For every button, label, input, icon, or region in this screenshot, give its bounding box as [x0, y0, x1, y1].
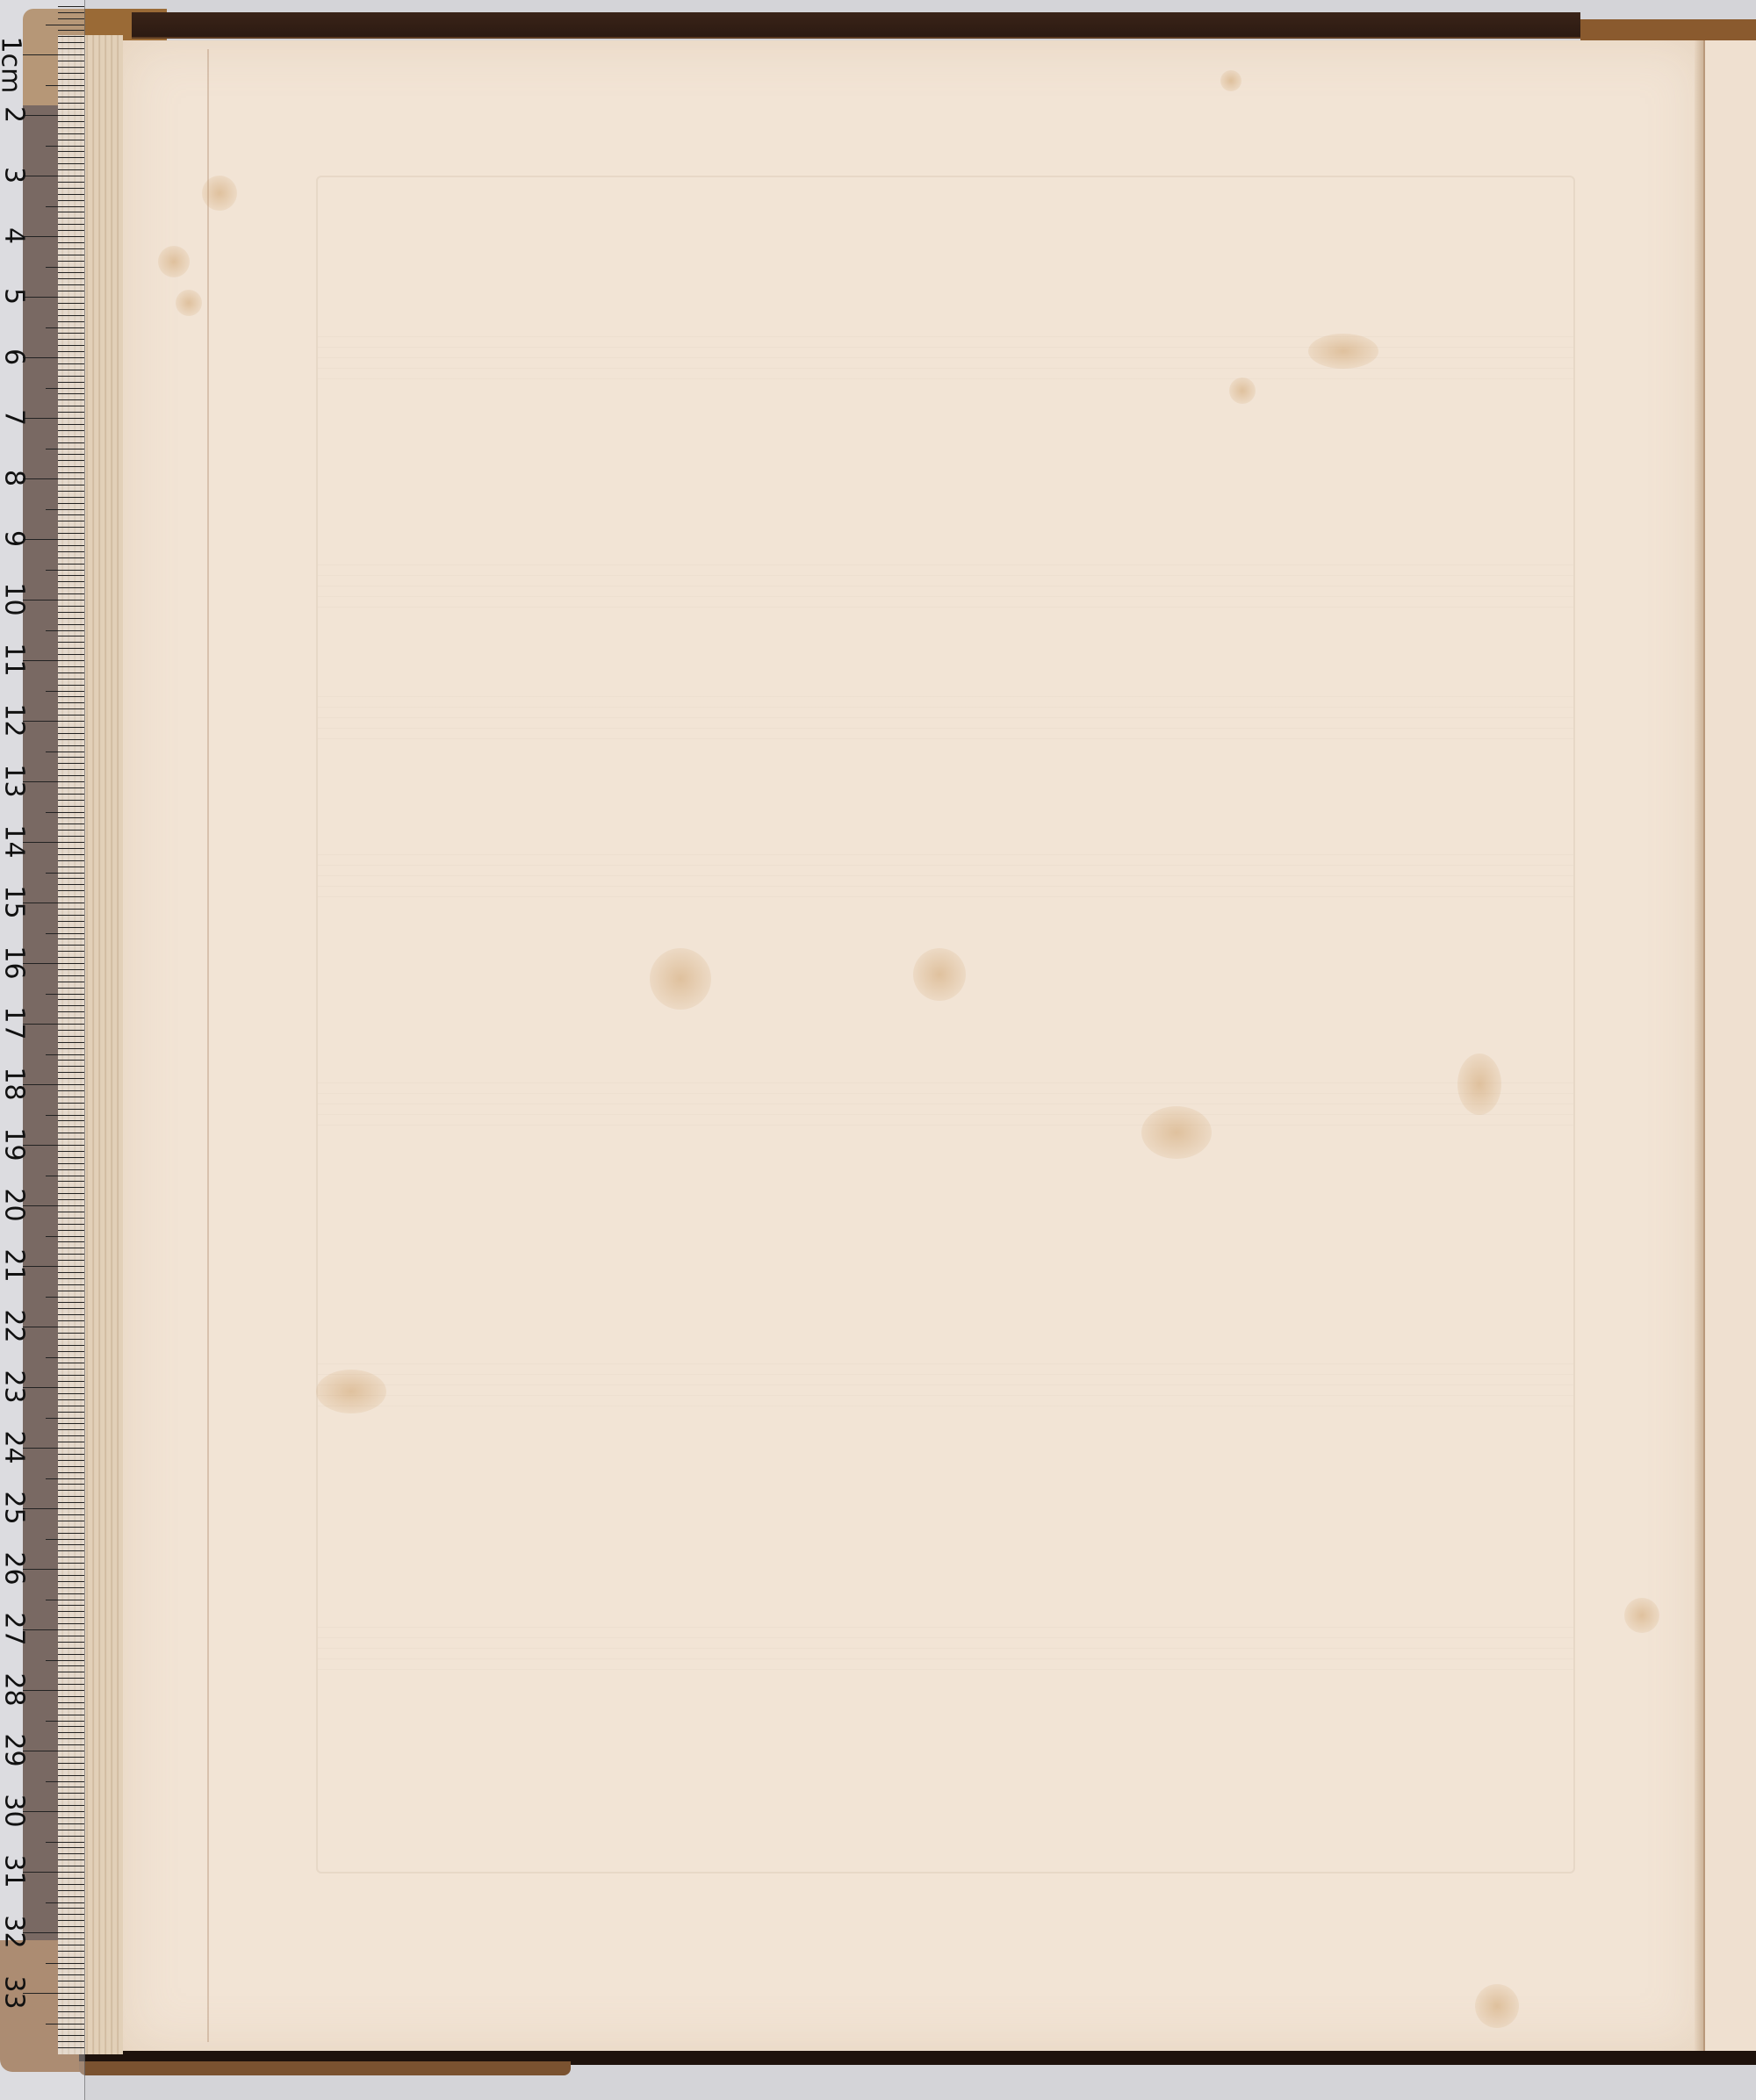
ruler-tick — [58, 817, 84, 818]
ruler-tick — [58, 1878, 84, 1879]
ruler-tick — [58, 2017, 84, 2018]
ruler-tick — [58, 436, 84, 437]
ruler-tick — [58, 642, 84, 643]
ruler-tick — [58, 1393, 84, 1394]
ruler-tick — [58, 975, 84, 976]
ruler-tick — [58, 333, 84, 334]
ruler-label: 3 — [0, 158, 30, 193]
ruler-label: 23 — [0, 1370, 30, 1405]
ruler-tick — [58, 1291, 84, 1291]
ruler-tick — [58, 2047, 84, 2048]
ruler-tick — [58, 696, 84, 697]
ruler-tick — [58, 2005, 84, 2006]
ruler-tick — [58, 800, 84, 801]
ruler-tick — [23, 478, 84, 479]
ruler-tick — [58, 1199, 84, 1200]
ruler-tick — [58, 1260, 84, 1261]
ruler-tick — [58, 1435, 84, 1436]
ruler-tick — [58, 1375, 84, 1376]
ruler-tick — [58, 278, 84, 279]
ruler-tick — [58, 593, 84, 594]
ruler-tick — [58, 1490, 84, 1491]
ruler-tick — [46, 873, 84, 874]
foxing-stain — [1624, 1598, 1659, 1633]
ruler-tick — [58, 1066, 84, 1067]
ruler-tick — [58, 1951, 84, 1952]
ruler-tick — [58, 1533, 84, 1534]
ruler-tick — [58, 140, 84, 140]
ruler-tick — [58, 6, 84, 7]
ruler-tick — [58, 672, 84, 673]
ruler-tick — [58, 61, 84, 61]
ruler-tick — [58, 1363, 84, 1363]
ruler-tick — [58, 1193, 84, 1194]
ruler-label: 30 — [0, 1794, 30, 1829]
ruler-tick — [58, 255, 84, 255]
ruler-tick — [58, 878, 84, 879]
foxing-stain — [1308, 334, 1378, 369]
ruler-tick — [58, 363, 84, 364]
ruler-tick — [46, 1236, 84, 1237]
foxing-stain — [158, 246, 190, 277]
foxing-stain — [913, 948, 966, 1001]
ruler-tick — [58, 1502, 84, 1503]
ruler-tick — [58, 169, 84, 170]
ruler-tick — [58, 1623, 84, 1624]
ruler-tick — [58, 12, 84, 13]
ruler-tick — [58, 1799, 84, 1800]
ruler-tick — [58, 715, 84, 716]
ruler-tick — [58, 1726, 84, 1727]
ruler-tick — [58, 521, 84, 521]
ruler-tick — [58, 1139, 84, 1140]
ruler-tick — [58, 648, 84, 649]
ruler-tick — [23, 1932, 84, 1933]
ruler-tick — [58, 1163, 84, 1164]
ruler-tick — [58, 890, 84, 891]
ruler-tick — [46, 2024, 84, 2024]
ruler-tick — [58, 1429, 84, 1430]
ruler-tick — [58, 927, 84, 928]
ruler-tick — [58, 1278, 84, 1279]
ruler-tick — [58, 67, 84, 68]
ruler-tick — [46, 1539, 84, 1540]
ruler-tick — [58, 1563, 84, 1564]
ruler-tick — [58, 1072, 84, 1073]
ruler-tick — [58, 1859, 84, 1860]
ruler-tick — [58, 194, 84, 195]
ruler-tick — [46, 570, 84, 571]
ruler-tick — [46, 1054, 84, 1055]
ruler-tick — [58, 218, 84, 219]
ruler-tick — [58, 654, 84, 655]
ruler-tick — [58, 1593, 84, 1594]
ruler-tick — [58, 466, 84, 467]
show-through-staff — [318, 555, 1573, 608]
ruler-tick — [58, 1957, 84, 1958]
ruler-tick — [58, 1230, 84, 1231]
ruler-tick — [58, 1030, 84, 1031]
ruler-tick — [23, 1387, 84, 1388]
ruler-label: 15 — [0, 885, 30, 920]
ruler-label: 6 — [0, 340, 30, 375]
show-through-staff — [318, 1354, 1573, 1406]
ruler-tick — [58, 406, 84, 406]
ruler-tick — [58, 1926, 84, 1927]
ruler-tick — [58, 345, 84, 346]
ruler-label: 9 — [0, 521, 30, 557]
ruler-tick — [46, 1418, 84, 1419]
ruler-tick — [58, 73, 84, 74]
ruler-tick — [58, 860, 84, 861]
ruler-tick — [58, 636, 84, 636]
ruler-tick — [58, 1866, 84, 1866]
ruler-tick — [58, 1853, 84, 1854]
ruler-tick — [58, 1684, 84, 1685]
ruler-tick — [58, 1884, 84, 1885]
ruler-label: 32 — [0, 1915, 30, 1950]
ruler-tick — [58, 309, 84, 310]
ruler-tick — [58, 1945, 84, 1945]
ruler-tick — [23, 539, 84, 540]
ruler-tick — [58, 1169, 84, 1170]
ruler-tick — [58, 303, 84, 304]
ruler-label: 11 — [0, 643, 30, 678]
ruler-tick — [58, 1514, 84, 1515]
ruler-tick — [23, 297, 84, 298]
ruler-tick — [58, 393, 84, 394]
ruler-tick — [23, 963, 84, 964]
ruler-tick — [58, 1406, 84, 1406]
ruler-tick — [58, 30, 84, 31]
ruler-tick — [58, 679, 84, 680]
ruler-tick — [58, 527, 84, 528]
ruler-tick — [23, 842, 84, 843]
ruler-tick — [58, 1665, 84, 1666]
ruler-tick — [58, 2029, 84, 2030]
ruler-tick — [58, 1399, 84, 1400]
ruler-tick — [58, 370, 84, 370]
ruler-tick — [58, 848, 84, 849]
ruler-tick — [58, 945, 84, 946]
ruler-tick — [58, 606, 84, 607]
ruler-tick — [58, 97, 84, 97]
ruler-tick — [58, 988, 84, 989]
ruler-tick — [58, 109, 84, 110]
ruler-tick — [58, 48, 84, 49]
ruler-tick — [58, 1254, 84, 1255]
ruler-tick — [46, 1842, 84, 1843]
ruler-label: 31 — [0, 1854, 30, 1889]
ruler-tick — [58, 1968, 84, 1969]
ruler-tick — [58, 1732, 84, 1733]
ruler-tick — [58, 1109, 84, 1110]
ruler-tick — [58, 1974, 84, 1975]
ruler-tick — [58, 884, 84, 885]
show-through-staff — [318, 327, 1573, 379]
ruler-tick — [58, 733, 84, 734]
ruler-tick — [58, 1103, 84, 1104]
ruler-tick — [58, 1920, 84, 1921]
ruler-tick — [58, 430, 84, 431]
ruler-tick — [58, 157, 84, 158]
ruler-label: 13 — [0, 764, 30, 799]
ruler-tick — [58, 957, 84, 958]
ruler-tick — [23, 1508, 84, 1509]
ruler-label: 7 — [0, 400, 30, 435]
ruler-tick — [58, 769, 84, 770]
ruler-tick — [58, 1787, 84, 1787]
ruler-tick — [58, 575, 84, 576]
foxing-stain — [1141, 1106, 1212, 1159]
ruler-tick — [58, 551, 84, 552]
ruler-tick — [58, 1466, 84, 1467]
ruler-label: 16 — [0, 946, 30, 981]
ruler-label: 2 — [0, 97, 30, 133]
ruler-label: 14 — [0, 824, 30, 859]
ruler-tick — [58, 1272, 84, 1273]
ruler-label: 25 — [0, 1491, 30, 1526]
ruler-tick — [58, 1757, 84, 1758]
ruler-tick — [58, 485, 84, 485]
ruler-tick — [58, 1914, 84, 1915]
ruler-tick — [23, 176, 84, 176]
ruler-tick — [58, 1775, 84, 1776]
foxing-stain — [1229, 378, 1256, 404]
ruler-tick — [58, 497, 84, 498]
ruler-tick — [46, 994, 84, 995]
ruler-tick — [58, 1744, 84, 1745]
ruler-tick — [23, 115, 84, 116]
ruler-tick — [23, 1327, 84, 1327]
ruler-tick — [58, 1120, 84, 1121]
ruler-tick — [58, 121, 84, 122]
ruler-tick — [58, 2011, 84, 2012]
ruler-tick — [58, 836, 84, 837]
ruler-tick — [58, 1248, 84, 1248]
ruler-tick — [46, 752, 84, 752]
ruler-tick — [58, 1550, 84, 1551]
show-through-staff — [318, 1617, 1573, 1670]
ruler-tick — [58, 1527, 84, 1528]
ruler-tick — [23, 1145, 84, 1146]
ruler-tick — [58, 1521, 84, 1521]
ruler-tick — [58, 612, 84, 613]
ruler-tick — [58, 2041, 84, 2042]
ruler-tick — [58, 969, 84, 970]
ruler-tick — [58, 1090, 84, 1091]
ruler-tick — [58, 915, 84, 916]
ruler-tick — [58, 1805, 84, 1806]
ruler-tick — [58, 1042, 84, 1043]
ruler-tick — [23, 660, 84, 661]
ruler-tick — [58, 18, 84, 19]
ruler-tick — [58, 79, 84, 80]
ruler-label: 12 — [0, 703, 30, 738]
ruler-tick — [58, 248, 84, 249]
ruler-label: 4 — [0, 219, 30, 254]
ruler-tick — [58, 1987, 84, 1988]
ruler-tick — [58, 351, 84, 352]
foxing-stain — [1457, 1054, 1501, 1115]
ruler-tick — [58, 1999, 84, 2000]
ruler-tick — [58, 454, 84, 455]
ruler-tick — [58, 1048, 84, 1049]
ruler-tick — [58, 587, 84, 588]
ruler-tick — [58, 1611, 84, 1612]
ruler-tick — [23, 721, 84, 722]
ruler-tick — [58, 1817, 84, 1818]
ruler-tick — [58, 1696, 84, 1697]
ruler-tick — [58, 1715, 84, 1715]
ruler-tick — [23, 357, 84, 358]
ruler-tick — [58, 1339, 84, 1340]
ruler-tick — [23, 1569, 84, 1570]
ruler-tick — [58, 503, 84, 504]
ruler-tick — [58, 533, 84, 534]
ruler-tick — [58, 1442, 84, 1442]
ruler-tick — [58, 1369, 84, 1370]
ruler-tick — [58, 1636, 84, 1636]
ruler-tick — [23, 54, 84, 55]
ruler-tick — [46, 1721, 84, 1722]
ruler-label: 33 — [0, 1975, 30, 2010]
ruler-tick — [58, 1460, 84, 1461]
ruler-tick — [58, 2035, 84, 2036]
ruler-tick — [46, 691, 84, 692]
ruler-tick — [23, 1690, 84, 1691]
ruler-tick — [58, 1126, 84, 1127]
ruler-tick — [58, 1005, 84, 1006]
ruler-tick — [58, 557, 84, 558]
ruler-tick — [58, 708, 84, 709]
ruler-tick — [58, 182, 84, 183]
ruler-tick — [58, 188, 84, 189]
ruler-tick — [58, 1381, 84, 1382]
ruler-tick — [46, 1660, 84, 1661]
ruler-tick — [58, 1908, 84, 1909]
ruler-tick — [58, 261, 84, 262]
ruler-tick — [46, 509, 84, 510]
ruler-tick — [58, 442, 84, 443]
ruler-tick — [58, 1133, 84, 1133]
ruler-label: 1cm — [0, 37, 26, 72]
foxing-stain — [202, 176, 237, 211]
ruler-tick — [58, 133, 84, 134]
ruler-tick — [58, 1157, 84, 1158]
ruler-tick — [58, 1097, 84, 1097]
ruler-tick — [58, 1151, 84, 1152]
ruler-tick — [58, 666, 84, 667]
ruler-tick — [58, 1181, 84, 1182]
ruler-tick — [46, 1357, 84, 1358]
ruler-tick — [58, 727, 84, 728]
ruler-tick — [46, 1781, 84, 1782]
ruler-tick — [58, 739, 84, 740]
ruler-tick — [58, 896, 84, 897]
ruler-tick — [58, 200, 84, 201]
ruler-label: 21 — [0, 1248, 30, 1284]
ruler-tick — [58, 1284, 84, 1285]
binding-bottom-lip — [79, 2061, 571, 2075]
ruler-tick — [58, 1018, 84, 1018]
ruler-tick — [58, 830, 84, 831]
ruler-tick — [23, 600, 84, 601]
ruler-tick — [58, 491, 84, 492]
ruler-tick — [58, 339, 84, 340]
ruler-tick — [58, 1333, 84, 1334]
ruler-tick — [46, 1176, 84, 1176]
ruler-tick — [58, 581, 84, 582]
ruler-tick — [58, 1823, 84, 1824]
ruler-tick — [58, 999, 84, 1000]
ruler-tick — [58, 1938, 84, 1939]
ruler-tick — [58, 1320, 84, 1321]
ruler-tick — [58, 127, 84, 128]
ruler-tick — [58, 1544, 84, 1545]
ruler-tick — [58, 1212, 84, 1212]
ruler-tick — [23, 1084, 84, 1085]
ruler-tick — [58, 982, 84, 982]
ruler-tick — [58, 1654, 84, 1655]
ruler-tick — [23, 1751, 84, 1751]
ruler-tick — [58, 272, 84, 273]
ruler-tick — [58, 939, 84, 939]
ruler-tick — [58, 1472, 84, 1473]
ruler-tick — [58, 382, 84, 383]
ruler-tick — [58, 787, 84, 788]
page-right-edge — [1695, 40, 1703, 2051]
ruler-label: 10 — [0, 582, 30, 617]
ruler-tick — [58, 90, 84, 91]
ruler-tick — [58, 757, 84, 758]
ruler-tick — [58, 321, 84, 322]
ruler-tick — [58, 42, 84, 43]
ruler-tick — [46, 933, 84, 934]
ruler-tick — [58, 618, 84, 619]
ruler-label: 19 — [0, 1127, 30, 1162]
show-through-staff — [318, 687, 1573, 739]
ruler-tick — [58, 1575, 84, 1576]
page-fold-line — [207, 49, 209, 2042]
ruler-tick — [46, 267, 84, 268]
ruler-tick — [58, 1484, 84, 1485]
ruler-tick — [46, 1297, 84, 1298]
ruler-tick — [23, 1811, 84, 1812]
ruler-tick — [23, 1024, 84, 1025]
ruler-tick — [23, 1993, 84, 1994]
ruler-tick — [58, 854, 84, 855]
ruler-tick — [58, 702, 84, 703]
ruler-label: 28 — [0, 1672, 30, 1708]
ruler-tick — [58, 1308, 84, 1309]
ruler-tick — [58, 1351, 84, 1352]
ruler-tick — [58, 1763, 84, 1764]
ruler-tick — [58, 1605, 84, 1606]
ruler-tick — [58, 1896, 84, 1897]
ruler-tick — [46, 1478, 84, 1479]
ruler-tick — [23, 1872, 84, 1873]
ruler-label: 20 — [0, 1188, 30, 1223]
ruler-tick — [23, 781, 84, 782]
ruler-tick — [58, 823, 84, 824]
ruler-tick — [58, 103, 84, 104]
ruler-tick — [58, 775, 84, 776]
ruler-tick — [23, 418, 84, 419]
ruler-tick — [46, 449, 84, 449]
ruler-tick — [23, 1629, 84, 1630]
ruler-tick — [58, 921, 84, 922]
